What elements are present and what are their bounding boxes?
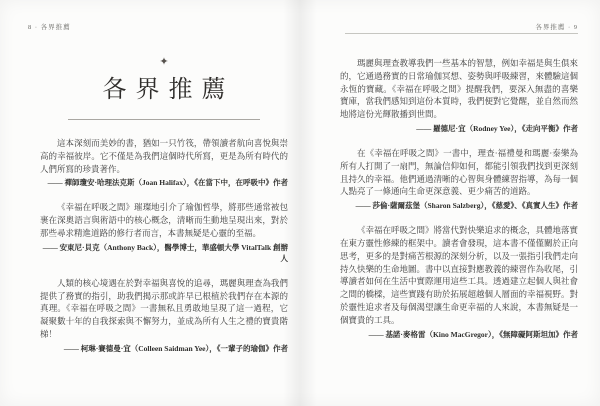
quote-text: 在《幸福在呼吸之間》一書中，理查·福禮曼和瑪麗·泰樂為所有人打開了一扇門，無論信… [340,147,578,198]
quote-block: 在《幸福在呼吸之間》一書中，理查·福禮曼和瑪麗·泰樂為所有人打開了一扇門，無論信… [340,147,578,211]
book-spread: 8 · 各界推薦 ✦ 各界推薦 這本深刻而美妙的書，猶如一只竹筏，帶領讀者航向喜… [0,0,600,406]
quote-block: 《幸福在呼吸之間》璀璨地引介了瑜伽哲學，將那些通常被包裹在深奧語言與術語中的核心… [40,201,288,263]
quote-text: 瑪麗與理查教導我們一些基本的智慧，例如幸福是與生俱來的，它通過務實的日常瑜伽冥想… [340,57,578,121]
title-divider [68,119,260,120]
right-running-head: 各界推薦 · 9 [535,24,578,32]
running-head-divider [345,33,578,34]
page-title: 各界推薦 [40,76,288,104]
left-quotes-column: 這本深刻而美妙的書，猶如一只竹筏，帶領讀者航向喜悅與崇高的幸福彼岸。它不僅是為我… [40,137,288,367]
quote-attribution: —— 安東尼·貝克（Anthony Back），醫學博士，華盛頓大學 Vital… [40,242,288,264]
left-running-head: 8 · 各界推薦 [28,24,71,32]
quote-block: 人類的核心境遇在於對幸福與喜悅的追尋，瑪麗與理查為我們提供了務實的指引，助我們揭… [40,277,288,354]
quote-text: 《幸福在呼吸之間》璀璨地引介了瑜伽哲學，將那些通常被包裹在深奧語言與術語中的核心… [40,201,288,239]
quote-text: 《幸福在呼吸之間》將當代對快樂追求的概念，具體地落實在東方靈性修練的框架中。讀者… [340,224,578,326]
right-quotes-column: 瑪麗與理查教導我們一些基本的智慧，例如幸福是與生俱來的，它通過務實的日常瑜伽冥想… [340,57,578,353]
title-block: ✦ 各界推薦 [40,56,288,120]
right-page: 各界推薦 · 9 瑪麗與理查教導我們一些基本的智慧，例如幸福是與生俱來的，它通過… [300,0,600,406]
left-page: 8 · 各界推薦 ✦ 各界推薦 這本深刻而美妙的書，猶如一只竹筏，帶領讀者航向喜… [0,0,300,406]
quote-attribution: —— 莎倫·薩爾茲堡（Sharon Salzberg），《慈愛》、《真實人生》作… [340,200,578,211]
quote-attribution: —— 柯琳·賽德曼·宜（Colleen Saidman Yee），《一輩子的瑜伽… [40,343,288,354]
quote-attribution: —— 禪師瓊安·哈理法克斯（Joan Halifax），《在當下中，在呼吸中》作… [40,177,288,188]
quote-text: 人類的核心境遇在於對幸福與喜悅的追尋，瑪麗與理查為我們提供了務實的指引，助我們揭… [40,277,288,341]
quote-attribution: —— 羅德尼·宜（Rodney Yee），《走向平衡》作者 [340,123,578,134]
quote-text: 這本深刻而美妙的書，猶如一只竹筏，帶領讀者航向喜悅與崇高的幸福彼岸。它不僅是為我… [40,137,288,175]
sparkle-ornament-icon: ✦ [40,56,288,69]
quote-block: 這本深刻而美妙的書，猶如一只竹筏，帶領讀者航向喜悅與崇高的幸福彼岸。它不僅是為我… [40,137,288,188]
quote-attribution: —— 基諾·麥格雷（Kino MacGregor），《無障礙阿斯坦加》作者 [340,329,578,340]
quote-block: 瑪麗與理查教導我們一些基本的智慧，例如幸福是與生俱來的，它通過務實的日常瑜伽冥想… [340,57,578,134]
quote-block: 《幸福在呼吸之間》將當代對快樂追求的概念，具體地落實在東方靈性修練的框架中。讀者… [340,224,578,339]
